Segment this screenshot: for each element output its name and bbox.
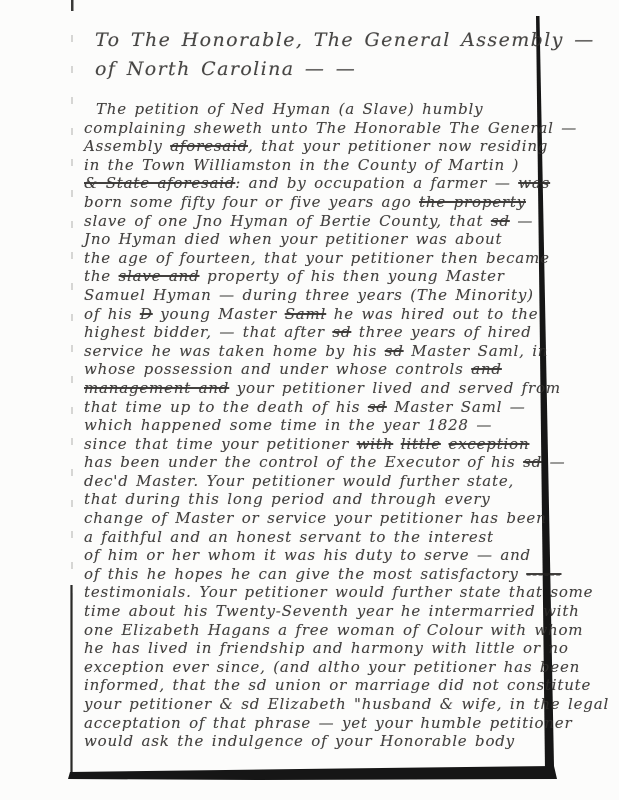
manuscript-line: he has lived in friendship and harmony w… bbox=[84, 639, 544, 658]
manuscript-line: which happened some time in the year 182… bbox=[84, 416, 544, 435]
handwritten-text: of this he hopes he can give the most sa… bbox=[84, 565, 526, 583]
manuscript-line: whose possession and under whose control… bbox=[84, 360, 544, 379]
handwritten-text: property of his then young Master bbox=[200, 267, 505, 285]
struck-out-text: and bbox=[471, 360, 502, 378]
handwritten-text: the bbox=[84, 267, 119, 285]
manuscript-line: Samuel Hyman — during three years (The M… bbox=[84, 286, 544, 305]
handwritten-text: three years of hired bbox=[351, 323, 531, 341]
handwritten-text: that during this long period and through… bbox=[84, 490, 491, 508]
heading-line-2: of North Carolina — — bbox=[95, 55, 595, 84]
handwritten-text: which happened some time in the year 182… bbox=[84, 416, 492, 434]
manuscript-line: your petitioner & sd Elizabeth "husband … bbox=[84, 695, 544, 714]
heading-line-1: To The Honorable, The General Assembly — bbox=[95, 26, 595, 55]
handwritten-text: has been under the control of the Execut… bbox=[84, 453, 523, 471]
manuscript-line: complaining sheweth unto The Honorable T… bbox=[84, 119, 544, 138]
struck-out-text: management and bbox=[84, 379, 229, 397]
manuscript-body: The petition of Ned Hyman (a Slave) humb… bbox=[84, 100, 544, 751]
handwritten-text: change of Master or service your petitio… bbox=[84, 509, 547, 527]
manuscript-line: informed, that the sd union or marriage … bbox=[84, 676, 544, 695]
handwritten-text: time about his Twenty-Seventh year he in… bbox=[84, 602, 580, 620]
manuscript-line: dec'd Master. Your petitioner would furt… bbox=[84, 472, 544, 491]
struck-out-text: exception bbox=[448, 435, 529, 453]
handwritten-text: dec'd Master. Your petitioner would furt… bbox=[84, 472, 514, 490]
struck-out-text: aforesaid bbox=[170, 137, 248, 155]
handwritten-text: whose possession and under whose control… bbox=[84, 360, 471, 378]
manuscript-line: that during this long period and through… bbox=[84, 490, 544, 509]
struck-out-text: sd bbox=[523, 453, 542, 471]
manuscript-line: change of Master or service your petitio… bbox=[84, 509, 544, 528]
manuscript-line: slave of one Jno Hyman of Bertie County,… bbox=[84, 212, 544, 231]
manuscript-line: Jno Hyman died when your petitioner was … bbox=[84, 230, 544, 249]
handwritten-text: your petitioner & sd Elizabeth "husband … bbox=[84, 695, 609, 713]
manuscript-line: testimonials. Your petitioner would furt… bbox=[84, 583, 544, 602]
manuscript-line: the slave and property of his then young… bbox=[84, 267, 544, 286]
manuscript-line: & State aforesaid: and by occupation a f… bbox=[84, 174, 544, 193]
handwritten-text: Samuel Hyman — during three years (The M… bbox=[84, 286, 534, 304]
handwritten-text: your petitioner lived and served from bbox=[229, 379, 561, 397]
manuscript-line: since that time your petitioner with lit… bbox=[84, 435, 544, 454]
struck-out-text: ------ bbox=[526, 565, 561, 583]
handwritten-text: born some fifty four or five years ago bbox=[84, 193, 419, 211]
handwritten-text: — bbox=[510, 212, 533, 230]
handwritten-text: young Master bbox=[153, 305, 285, 323]
handwritten-text: slave of one Jno Hyman of Bertie County,… bbox=[84, 212, 491, 230]
struck-out-text: D bbox=[140, 305, 153, 323]
handwritten-text: since that time your petitioner bbox=[84, 435, 357, 453]
handwritten-text: would ask the indulgence of your Honorab… bbox=[84, 732, 515, 750]
manuscript-line: acceptation of that phrase — yet your hu… bbox=[84, 714, 544, 733]
petition-heading: To The Honorable, The General Assembly —… bbox=[95, 26, 595, 84]
manuscript-line: that time up to the death of his sd Mast… bbox=[84, 398, 544, 417]
manuscript-line: born some fifty four or five years ago t… bbox=[84, 193, 544, 212]
handwritten-text: of him or her whom it was his duty to se… bbox=[84, 546, 531, 564]
struck-out-text: & State aforesaid bbox=[84, 174, 235, 192]
struck-out-text: Saml bbox=[285, 305, 326, 323]
struck-out-text: sd bbox=[491, 212, 510, 230]
handwritten-text: Master Saml — bbox=[387, 398, 526, 416]
manuscript-line: in the Town Williamston in the County of… bbox=[84, 156, 544, 175]
manuscript-line: exception ever since, (and altho your pe… bbox=[84, 658, 544, 677]
handwritten-text: exception ever since, (and altho your pe… bbox=[84, 658, 580, 676]
struck-out-text: sd bbox=[385, 342, 404, 360]
handwritten-text: the age of fourteen, that your petitione… bbox=[84, 249, 550, 267]
struck-out-text: was bbox=[518, 174, 550, 192]
manuscript-line: has been under the control of the Execut… bbox=[84, 453, 544, 472]
handwritten-text: he was hired out to the bbox=[326, 305, 538, 323]
manuscript-line: highest bidder, — that after sd three ye… bbox=[84, 323, 544, 342]
handwritten-text: one Elizabeth Hagans a free woman of Col… bbox=[84, 621, 583, 639]
handwritten-text: The petition of Ned Hyman (a Slave) humb… bbox=[96, 100, 483, 118]
handwritten-text: informed, that the sd union or marriage … bbox=[84, 676, 591, 694]
bottom-edge-shadow bbox=[68, 766, 557, 780]
handwritten-text: service he was taken home by his bbox=[84, 342, 385, 360]
manuscript-line: of this he hopes he can give the most sa… bbox=[84, 565, 544, 584]
manuscript-line: service he was taken home by his sd Mast… bbox=[84, 342, 544, 361]
struck-out-text: sd bbox=[368, 398, 387, 416]
manuscript-line: would ask the indulgence of your Honorab… bbox=[84, 732, 544, 751]
manuscript-line: the age of fourteen, that your petitione… bbox=[84, 249, 544, 268]
manuscript-line: management and your petitioner lived and… bbox=[84, 379, 544, 398]
manuscript-line: The petition of Ned Hyman (a Slave) humb… bbox=[84, 100, 544, 119]
handwritten-text: complaining sheweth unto The Honorable T… bbox=[84, 119, 577, 137]
handwritten-text: that time up to the death of his bbox=[84, 398, 368, 416]
handwritten-text: a faithful and an honest servant to the … bbox=[84, 528, 494, 546]
manuscript-line: a faithful and an honest servant to the … bbox=[84, 528, 544, 547]
handwritten-text: testimonials. Your petitioner would furt… bbox=[84, 583, 593, 601]
handwritten-text: Master Saml, in bbox=[404, 342, 549, 360]
scanned-document-page: To The Honorable, The General Assembly —… bbox=[0, 0, 619, 800]
handwritten-text: acceptation of that phrase — yet your hu… bbox=[84, 714, 572, 732]
handwritten-text: , that your petitioner now residing bbox=[248, 137, 548, 155]
manuscript-line: of him or her whom it was his duty to se… bbox=[84, 546, 544, 565]
struck-out-text: little bbox=[401, 435, 441, 453]
top-left-margin-mark bbox=[71, 0, 74, 11]
handwritten-text: in the Town Williamston in the County of… bbox=[84, 156, 519, 174]
handwritten-text: : and by occupation a farmer — bbox=[235, 174, 518, 192]
handwritten-text bbox=[393, 435, 401, 453]
struck-out-text: with bbox=[357, 435, 394, 453]
handwritten-text: — bbox=[542, 453, 565, 471]
manuscript-line: Assembly aforesaid, that your petitioner… bbox=[84, 137, 544, 156]
handwritten-text: highest bidder, — that after bbox=[84, 323, 332, 341]
handwritten-text: Jno Hyman died when your petitioner was … bbox=[84, 230, 502, 248]
manuscript-line: time about his Twenty-Seventh year he in… bbox=[84, 602, 544, 621]
struck-out-text: sd bbox=[332, 323, 351, 341]
struck-out-text: slave and bbox=[119, 267, 200, 285]
struck-out-text: the property bbox=[419, 193, 526, 211]
handwritten-text: of his bbox=[84, 305, 140, 323]
manuscript-line: of his D young Master Saml he was hired … bbox=[84, 305, 544, 324]
handwritten-text: Assembly bbox=[84, 137, 170, 155]
handwritten-text: he has lived in friendship and harmony w… bbox=[84, 639, 569, 657]
manuscript-line: one Elizabeth Hagans a free woman of Col… bbox=[84, 621, 544, 640]
